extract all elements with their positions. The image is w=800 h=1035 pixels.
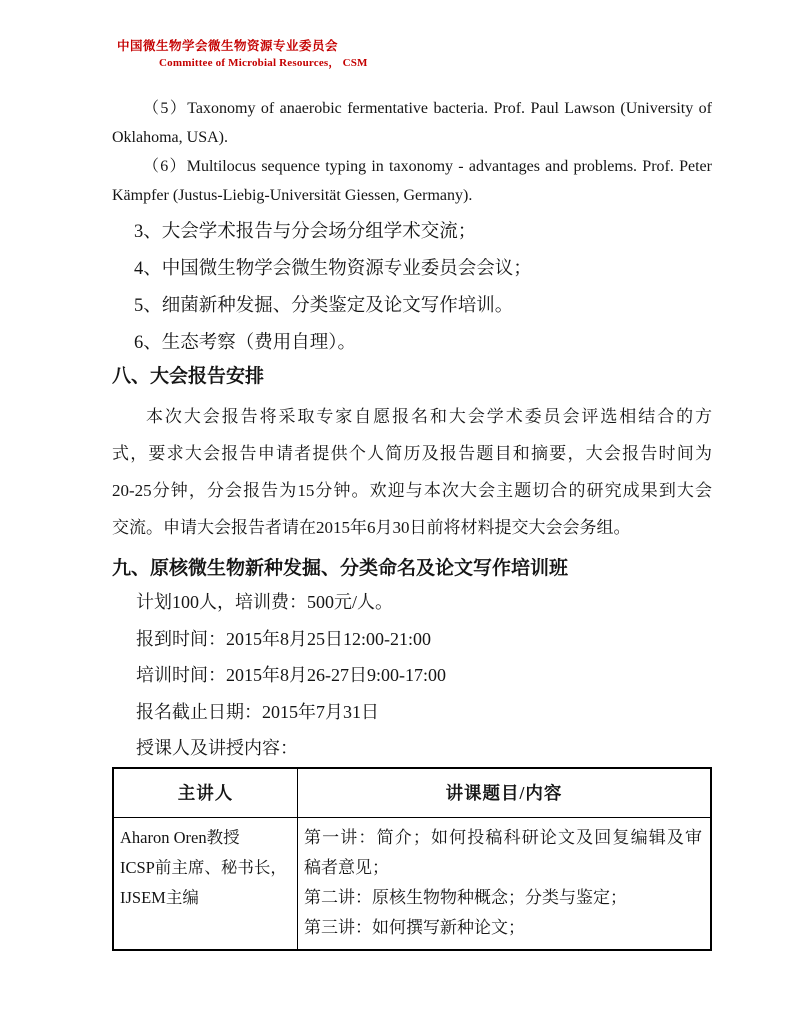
table-header-speaker: 主讲人 bbox=[113, 768, 298, 818]
plenary-talk-list: （5）Taxonomy of anaerobic fermentative ba… bbox=[112, 94, 712, 210]
lecture-line: 第三讲：如何撰写新种论文； bbox=[304, 913, 702, 943]
info-line-deadline: 报名截止日期：2015年7月31日 bbox=[112, 694, 712, 731]
agenda-item-4: 4、中国微生物学会微生物资源专业委员会会议； bbox=[112, 251, 712, 288]
agenda-item-3: 3、大会学术报告与分会场分组学术交流； bbox=[112, 214, 712, 251]
lecture-line: 稿者意见； bbox=[304, 853, 702, 883]
talk-item-5-line-1: （5）Taxonomy of anaerobic fermentative ba… bbox=[112, 94, 712, 123]
table-header-row: 主讲人 讲课题目/内容 bbox=[113, 768, 711, 818]
section-9-heading: 九、原核微生物新种发掘、分类命名及论文写作培训班 bbox=[112, 556, 712, 582]
paragraph-line: 交流。申请大会报告者请在2015年6月30日前将材料提交大会会务组。 bbox=[112, 509, 712, 546]
org-name-chinese: 中国微生物学会微生物资源专业委员会 bbox=[117, 38, 712, 54]
lecture-line: 第一讲：简介；如何投稿科研论文及回复编辑及审 bbox=[304, 823, 702, 853]
lecture-line: 第二讲：原核生物物种概念；分类与鉴定； bbox=[304, 883, 702, 913]
lecture-content-cell: 第一讲：简介；如何投稿科研论文及回复编辑及审 稿者意见； 第二讲：原核生物物种概… bbox=[298, 817, 712, 950]
document-page: 中国微生物学会微生物资源专业委员会 Committee of Microbial… bbox=[0, 0, 800, 1035]
info-line-checkin-time: 报到时间：2015年8月25日12:00-21:00 bbox=[112, 621, 712, 658]
training-info-list: 计划100人，培训费：500元/人。 报到时间：2015年8月25日12:00-… bbox=[112, 584, 712, 767]
agenda-item-5: 5、细菌新种发掘、分类鉴定及论文写作培训。 bbox=[112, 288, 712, 325]
paragraph-line: 式，要求大会报告申请者提供个人简历及报告题目和摘要，大会报告时间为 bbox=[112, 435, 712, 472]
section-8-heading: 八、大会报告安排 bbox=[112, 364, 712, 390]
speaker-title-2: IJSEM主编 bbox=[120, 883, 289, 913]
letterhead: 中国微生物学会微生物资源专业委员会 Committee of Microbial… bbox=[112, 38, 712, 70]
paragraph-line: 本次大会报告将采取专家自愿报名和大会学术委员会评选相结合的方 bbox=[112, 398, 712, 435]
agenda-item-6: 6、生态考察（费用自理）。 bbox=[112, 325, 712, 362]
speaker-cell: Aharon Oren教授 ICSP前主席、秘书长， IJSEM主编 bbox=[113, 817, 298, 950]
speaker-name: Aharon Oren教授 bbox=[120, 823, 289, 853]
speaker-title-1: ICSP前主席、秘书长， bbox=[120, 853, 289, 883]
org-name-english: Committee of Microbial Resources， CSM bbox=[159, 57, 712, 70]
agenda-list: 3、大会学术报告与分会场分组学术交流； 4、中国微生物学会微生物资源专业委员会会… bbox=[112, 214, 712, 362]
paragraph-line: 20-25分钟，分会报告为15分钟。欢迎与本次大会主题切合的研究成果到大会 bbox=[112, 472, 712, 509]
talk-item-6-line-1: （6）Multilocus sequence typing in taxonom… bbox=[112, 152, 712, 181]
course-table: 主讲人 讲课题目/内容 Aharon Oren教授 ICSP前主席、秘书长， I… bbox=[112, 767, 712, 951]
talk-item-5-line-2: Oklahoma, USA). bbox=[112, 123, 712, 152]
info-line-lecturers-label: 授课人及讲授内容： bbox=[112, 730, 712, 767]
table-row: Aharon Oren教授 ICSP前主席、秘书长， IJSEM主编 第一讲：简… bbox=[113, 817, 711, 950]
info-line-training-time: 培训时间：2015年8月26-27日9:00-17:00 bbox=[112, 657, 712, 694]
talk-item-6-line-2: Kämpfer (Justus-Liebig-Universität Giess… bbox=[112, 181, 712, 210]
section-8-paragraph: 本次大会报告将采取专家自愿报名和大会学术委员会评选相结合的方 式，要求大会报告申… bbox=[112, 398, 712, 546]
table-header-content: 讲课题目/内容 bbox=[298, 768, 712, 818]
info-line-capacity-fee: 计划100人，培训费：500元/人。 bbox=[112, 584, 712, 621]
